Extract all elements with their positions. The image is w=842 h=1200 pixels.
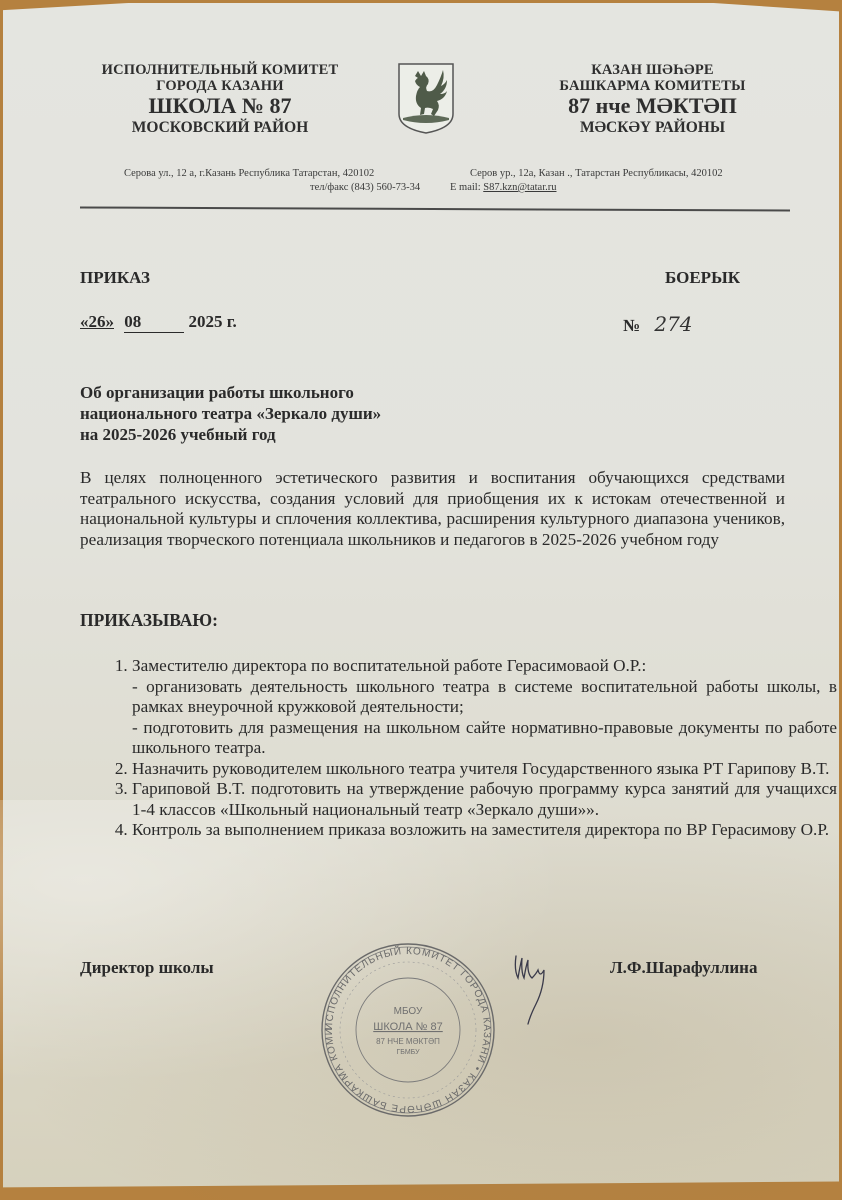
header-left-line1: ИСПОЛНИТЕЛЬНЫЙ КОМИТЕТ [80, 62, 360, 78]
handwritten-signature [508, 948, 558, 1028]
signer-title: Директор школы [80, 958, 214, 978]
address-ru: Серова ул., 12 а, г.Казань Республика Та… [124, 168, 374, 179]
seal-line3: 87 НЧЕ МӘКТӘП [376, 1037, 440, 1046]
header-left-school: ШКОЛА № 87 [80, 94, 360, 118]
order-text: Заместителю директора по воспитательной … [132, 656, 837, 677]
doc-type-ru: ПРИКАЗ [80, 268, 150, 288]
header-right-district: МӘСКӘҮ РАЙОНЫ [520, 118, 785, 138]
date-month: 08 [124, 312, 184, 333]
address-tt: Серов ур., 12а, Казан ., Татарстан Респу… [470, 168, 723, 179]
kazan-coat-of-arms-icon [397, 62, 455, 134]
intro-paragraph: В целях полноценного эстетического разви… [80, 468, 785, 550]
order-item: Контроль за выполнением приказа возложит… [132, 820, 837, 841]
phone-fax: тел/факс (843) 560-73-34 [310, 182, 420, 193]
number-value: 274 [654, 312, 692, 336]
official-seal: ИСПОЛНИТЕЛЬНЫЙ КОМИТЕТ ГОРОДА КАЗАНИ • К… [318, 940, 498, 1120]
seal-line4: ГБМБУ [396, 1049, 420, 1056]
doc-title-line: Об организации работы школьного [80, 382, 500, 403]
orders-list: Заместителю директора по воспитательной … [80, 656, 837, 841]
doc-type-tt: БОЕРЫК [665, 268, 740, 288]
doc-date: «26» 08 2025 г. [80, 312, 237, 333]
email-link[interactable]: S87.kzn@tatar.ru [483, 182, 556, 193]
seal-line1: МБОУ [394, 1006, 423, 1017]
date-day: «26» [80, 312, 114, 331]
header-right-school: 87 нче МӘКТӘП [520, 94, 785, 118]
doc-title-line: национального театра «Зеркало души» [80, 403, 500, 424]
header-right-line1: КАЗАН ШӘҺӘРЕ [520, 62, 785, 78]
number-label: № [623, 316, 640, 335]
date-year: 2025 г. [189, 312, 237, 331]
signer-name: Л.Ф.Шарафуллина [610, 958, 757, 978]
header-right-line2: БАШКАРМА КОМИТЕТЫ [520, 78, 785, 94]
seal-line2: ШКОЛА № 87 [373, 1021, 443, 1033]
doc-number: № 274 [623, 312, 693, 336]
doc-title: Об организации работы школьного национал… [80, 382, 500, 445]
order-item: Назначить руководителем школьного театра… [132, 759, 837, 780]
order-text: Контроль за выполнением приказа возложит… [132, 820, 837, 841]
order-subitem: - подготовить для размещения на школьном… [132, 718, 837, 759]
doc-title-line: на 2025-2026 учебный год [80, 424, 500, 445]
header-right-block: КАЗАН ШӘҺӘРЕ БАШКАРМА КОМИТЕТЫ 87 нче МӘ… [520, 62, 785, 138]
order-text: Назначить руководителем школьного театра… [132, 759, 837, 780]
email-label: E mail: [450, 182, 481, 193]
header-left-block: ИСПОЛНИТЕЛЬНЫЙ КОМИТЕТ ГОРОДА КАЗАНИ ШКО… [80, 62, 360, 138]
order-item: Гариповой В.Т. подготовить на утверждени… [132, 779, 837, 820]
order-item: Заместителю директора по воспитательной … [132, 656, 837, 759]
order-text: Гариповой В.Т. подготовить на утверждени… [132, 779, 837, 820]
orders-heading: ПРИКАЗЫВАЮ: [80, 610, 218, 631]
header-left-line2: ГОРОДА КАЗАНИ [80, 78, 360, 94]
order-subitem: - организовать деятельность школьного те… [132, 677, 837, 718]
header-left-district: МОСКОВСКИЙ РАЙОН [80, 118, 360, 138]
email-line: E mail: S87.kzn@tatar.ru [450, 182, 557, 193]
